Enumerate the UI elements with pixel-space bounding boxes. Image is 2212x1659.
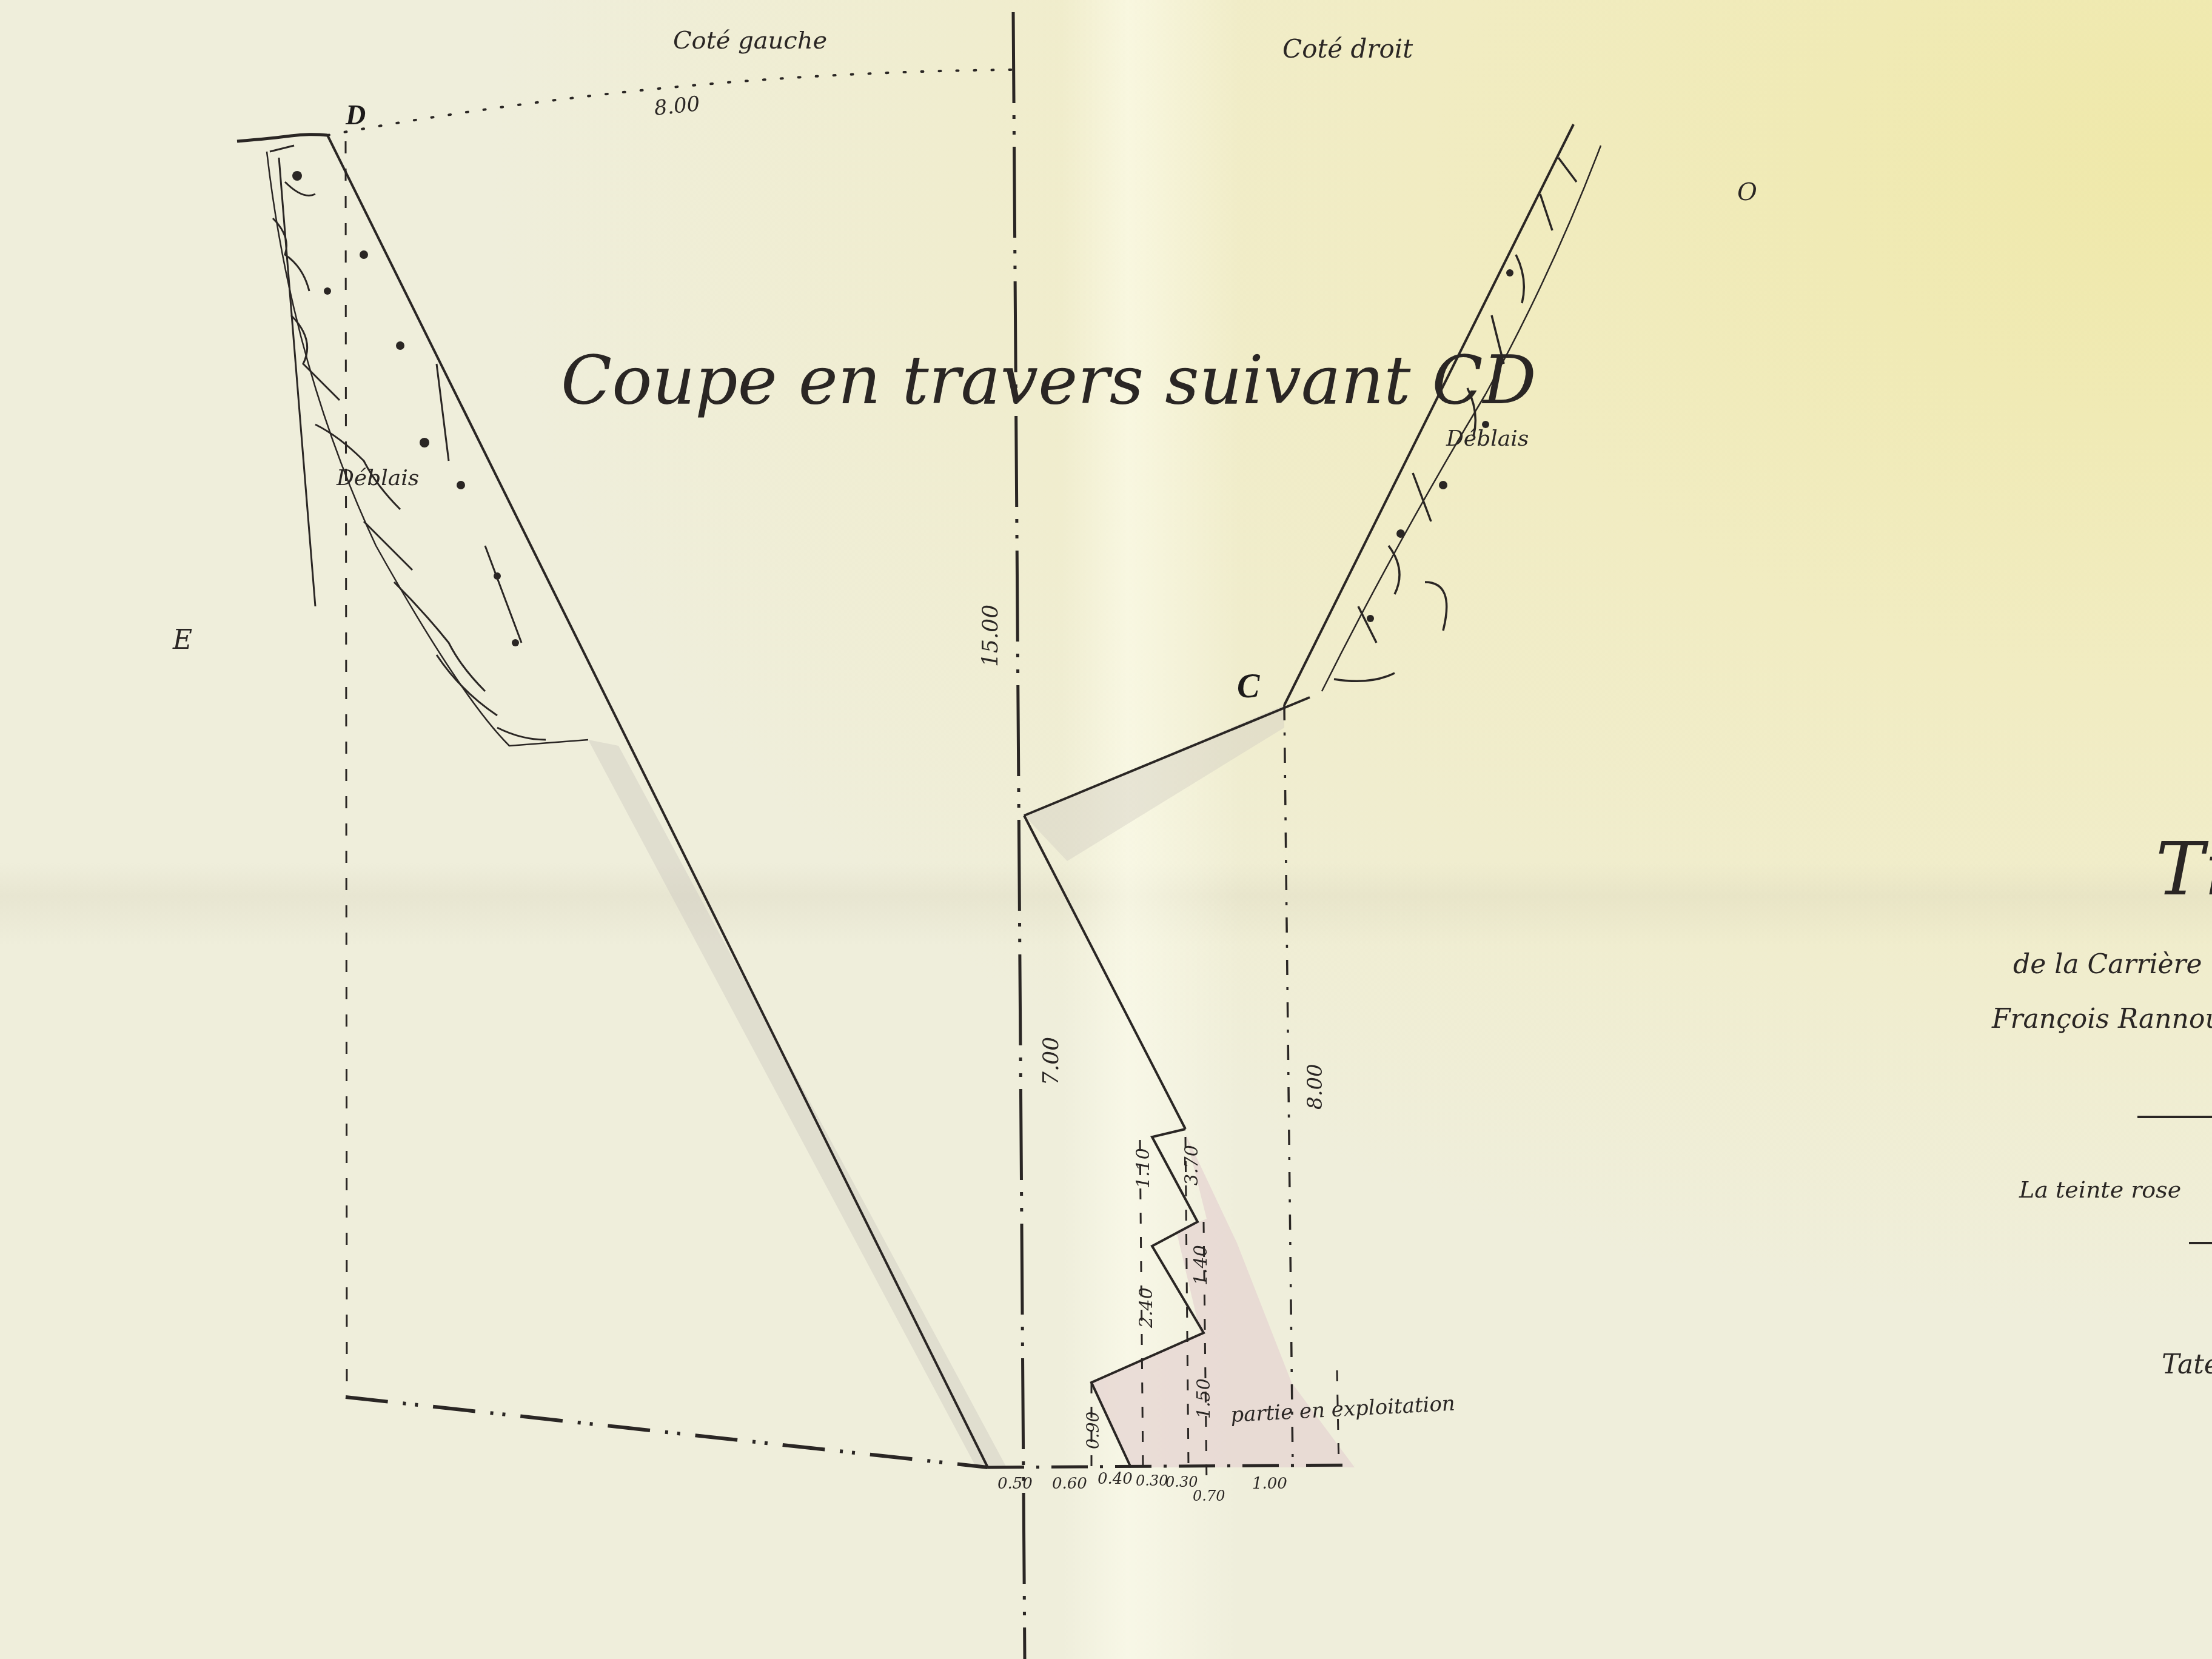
deblais-label-right: Déblais <box>1446 426 1529 451</box>
side-panel-line-2: François Rannou <box>1991 1004 2212 1034</box>
bottom-dim-2: 0.40 <box>1098 1470 1133 1488</box>
left-slope-wash <box>588 740 1007 1467</box>
step-dim-3: 2.40 <box>1136 1287 1157 1329</box>
cross-section-drawing: Coté gauche Coté droit 8.00 D C E O Coup… <box>0 0 2212 1659</box>
right-dashed-vertical <box>1284 705 1293 1467</box>
left-slope-line <box>327 135 988 1467</box>
side-panel-line-3: La teinte rose <box>2019 1176 2181 1203</box>
bottom-dim-1: 0.60 <box>1052 1475 1087 1493</box>
bottom-dim-6: 1.00 <box>1252 1475 1287 1493</box>
upper-ledge-wash <box>1024 705 1284 861</box>
left-deblais-outer-edge <box>267 152 588 746</box>
point-label-e: E <box>172 625 192 655</box>
bottom-dim-5: 0.70 <box>1193 1487 1225 1504</box>
step-dim-5: 1.50 <box>1193 1378 1215 1419</box>
axis-dim-upper: 15.00 <box>978 605 1003 667</box>
left-dashed-vertical <box>346 141 347 1397</box>
point-label-o: O <box>1737 178 1757 206</box>
left-deblais-hatching <box>270 146 546 740</box>
side-panel-title-fragment: Tr <box>2156 828 2212 912</box>
point-label-c: C <box>1237 668 1260 705</box>
step-dim-1: 1.10 <box>1133 1148 1154 1188</box>
bottom-dim-0: 0.50 <box>997 1475 1033 1493</box>
bottom-dim-3: 0.30 <box>1136 1472 1168 1489</box>
right-dashed-dim: 8.00 <box>1303 1064 1327 1110</box>
axis-dim-lower: 7.00 <box>1039 1037 1064 1085</box>
step-dim-4: 1.40 <box>1190 1245 1212 1285</box>
deblais-label-left: Déblais <box>336 466 419 491</box>
right-deblais-hatching <box>1334 158 1577 681</box>
drawing-title: Coupe en travers suivant CD <box>561 341 1537 419</box>
side-label-left: Coté gauche <box>673 27 827 55</box>
top-dimension-label: 8.00 <box>653 92 701 121</box>
step-dim-6: 0.90 <box>1083 1412 1103 1449</box>
bottom-baseline-left <box>346 1397 988 1467</box>
left-ground-ledge <box>237 135 327 141</box>
side-panel-line-4: Tatean <box>2162 1349 2212 1380</box>
left-deblais-stones <box>292 171 519 646</box>
point-label-d: D <box>345 99 366 130</box>
central-axis <box>1013 12 1025 1659</box>
plan-sheet: Coté gauche Coté droit 8.00 D C E O Coup… <box>0 0 2212 1659</box>
step-dim-2: 3.70 <box>1181 1145 1202 1185</box>
side-label-right: Coté droit <box>1282 34 1413 64</box>
side-panel-line-1: de la Carrière <box>2013 949 2202 980</box>
